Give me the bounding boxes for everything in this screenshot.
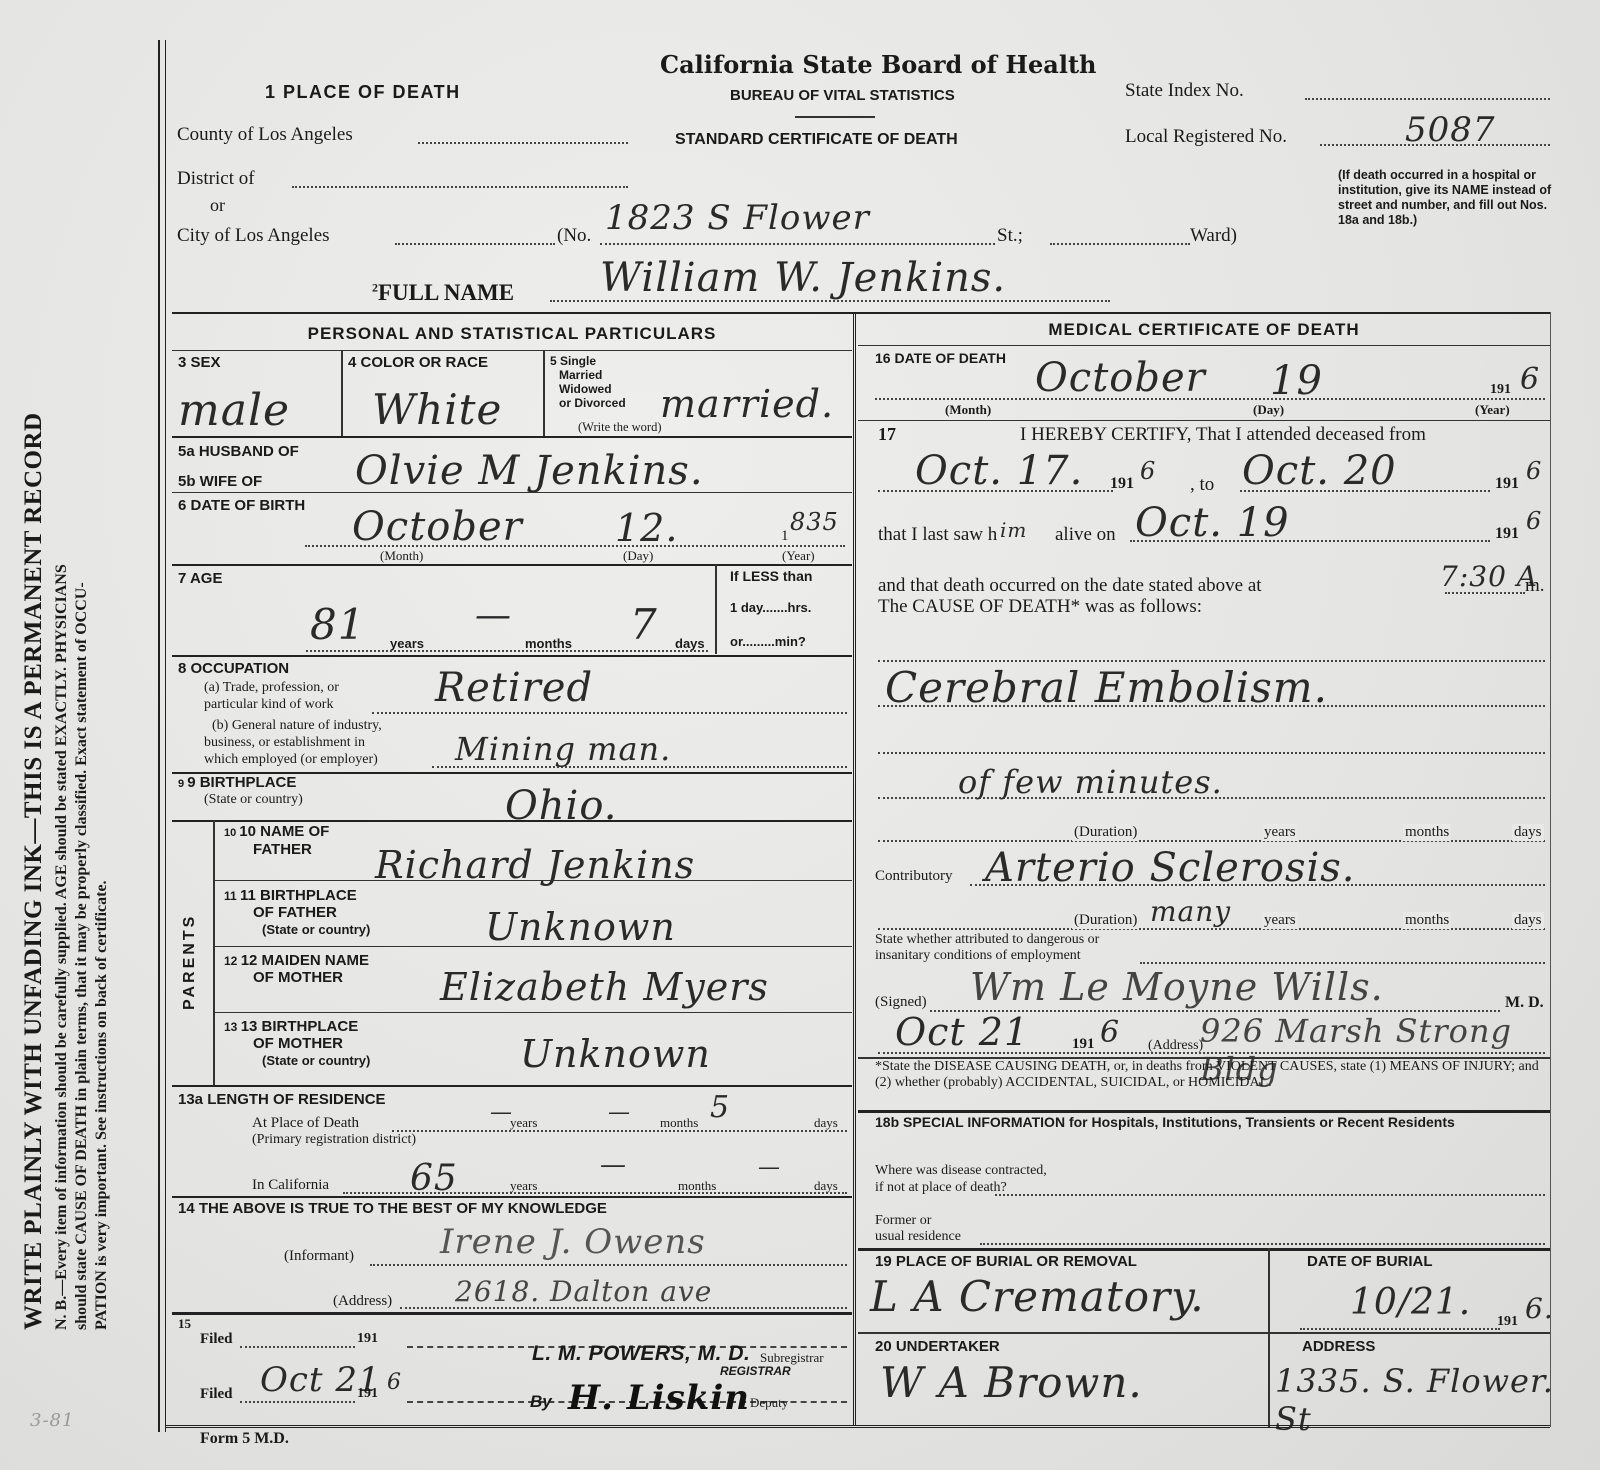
medical-divider-3 (858, 1110, 1550, 1113)
father-label: 10 10 NAME OF (224, 823, 329, 840)
row-divider-11 (213, 946, 852, 947)
occupation-b-label-2: business, or establishment in (204, 735, 365, 751)
deputy-signature: H. Liskin (568, 1378, 750, 1418)
occupation-b-label-1: (b) General nature of industry, (212, 718, 382, 734)
alive-on-label: alive on (1055, 524, 1116, 546)
certify-text: I HEREBY CERTIFY, That I attended deceas… (1020, 424, 1426, 446)
employment-field[interactable] (1140, 962, 1545, 964)
column-divider (853, 314, 856, 1426)
physician-signature: Wm Le Moyne Wills. (970, 965, 1384, 1009)
duration-months-label-2: months (1403, 912, 1451, 929)
employment-label-2: insanitary conditions of employment (875, 948, 1081, 964)
signed-label: (Signed) (875, 994, 927, 1011)
medical-divider-4 (858, 1248, 1550, 1251)
birthplace-label-text: 9 BIRTHPLACE (187, 774, 296, 791)
attended-from-year: 6 (1140, 457, 1156, 485)
date-of-death-month: October (1035, 355, 1206, 401)
residence-place-days: 5 (710, 1090, 730, 1125)
residence-label: 13a LENGTH OF RESIDENCE (178, 1091, 386, 1108)
duration-years-label-2: years (1262, 912, 1298, 929)
row-divider-9 (172, 820, 852, 822)
dob-day-caption: (Day) (623, 548, 653, 564)
duration-days-label-2: days (1512, 912, 1544, 929)
residence-ca-label: In California (252, 1177, 329, 1194)
race-value[interactable]: White (372, 385, 502, 434)
duration-years-label-1: years (1262, 824, 1298, 841)
local-registered-label: Local Registered No. (1125, 126, 1287, 148)
informant-label: (Informant) (284, 1248, 354, 1265)
row-divider-7 (172, 655, 852, 657)
street-field[interactable] (600, 243, 995, 245)
header-rule (795, 116, 875, 118)
former-residence-field[interactable] (980, 1243, 1545, 1245)
name-divider (172, 312, 1550, 314)
row-divider-12 (213, 1012, 852, 1013)
sex-label: 3 SEX (178, 354, 221, 371)
mother-bp-label-1: 13 BIRTHPLACE (241, 1018, 359, 1035)
duration-label-2: (Duration) (1072, 912, 1139, 929)
bureau-title: BUREAU OF VITAL STATISTICS (730, 87, 955, 104)
mother-value[interactable]: Elizabeth Myers (440, 965, 769, 1009)
board-title: California State Board of Health (660, 50, 1096, 79)
informant-address-value: 2618. Dalton ave (455, 1275, 712, 1308)
last-saw-pronoun: im (1000, 518, 1027, 542)
cause-duration-value: of few minutes. (958, 763, 1223, 801)
spouse-value[interactable]: Olvie M Jenkins. (355, 448, 704, 494)
occupation-b-label-3: which employed (or employer) (204, 752, 378, 768)
duration-days-label-1: days (1512, 824, 1544, 841)
father-label-2: FATHER (253, 841, 312, 858)
am-pm-label: m. (1525, 575, 1545, 597)
occupation-a-label-1: (a) Trade, profession, or (204, 680, 339, 696)
dod-month-caption: (Month) (945, 402, 991, 418)
deputy-label: Deputy (750, 1395, 788, 1411)
certify-number: 17 (878, 424, 896, 445)
former-residence-label-1: Former or (875, 1213, 931, 1229)
hospital-note: (If death occurred in a hospital or inst… (1338, 168, 1553, 228)
dob-year-caption: (Year) (782, 548, 815, 564)
age-years-caption: years (390, 636, 424, 651)
state-index-field[interactable] (1305, 98, 1550, 100)
right-border (1550, 312, 1551, 1427)
parents-label: PARENTS (181, 914, 199, 1010)
residence-ca-months-caption: months (678, 1178, 716, 1194)
residence-place-months-caption: months (660, 1115, 698, 1131)
age-label: 7 AGE (178, 570, 222, 587)
street-suffix-label: St.; (997, 225, 1023, 247)
date-of-death-year: 6 (1520, 362, 1540, 397)
margin-note: 3-81 (30, 1410, 74, 1431)
undertaker-label: 20 UNDERTAKER (875, 1338, 1000, 1355)
marital-label-single: 5 Single (550, 354, 626, 368)
father-bp-label-1: 11 BIRTHPLACE (240, 887, 357, 904)
row-divider-13 (172, 1085, 852, 1087)
dod-day-caption: (Day) (1253, 402, 1284, 418)
husband-label: 5a HUSBAND OF (178, 443, 299, 460)
burial-place-value[interactable]: L A Crematory. (870, 1272, 1205, 1321)
mother-label-2: OF MOTHER (253, 969, 343, 986)
ward-label: Ward) (1190, 225, 1237, 247)
father-bp-label-3: (State or country) (262, 922, 370, 937)
city-label: City of Los Angeles (177, 225, 330, 247)
permanent-record-notice: WRITE PLAINLY WITH UNFADING INK—THIS IS … (20, 250, 48, 1330)
attended-from-value: Oct. 17. (915, 448, 1083, 494)
residence-place-years-caption: years (510, 1115, 537, 1131)
registrar-name: L. M. POWERS, M. D. (532, 1342, 750, 1366)
city-field[interactable] (395, 243, 555, 245)
mother-bp-label-2: OF MOTHER (253, 1035, 343, 1052)
time-value: 7:30 A (1440, 560, 1538, 593)
cause-line-3 (878, 752, 1545, 754)
cause-label: The CAUSE OF DEATH* was as follows: (878, 596, 1202, 618)
bottom-rule-left (165, 1425, 853, 1428)
marital-write-note: (Write the word) (578, 420, 662, 435)
mother-bp-label-3: (State or country) (262, 1053, 370, 1068)
side-instructions: WRITE PLAINLY WITH UNFADING INK—THIS IS … (20, 250, 112, 1330)
race-marital-divider (543, 350, 545, 436)
employment-label-1: State whether attributed to dangerous or (875, 932, 1099, 948)
special-info-label: 18b SPECIAL INFORMATION for Hospitals, I… (875, 1114, 1545, 1130)
father-bp-label: 11 11 BIRTHPLACE (224, 887, 357, 904)
parents-divider (213, 820, 215, 1085)
full-name-label: 2FULL NAME (372, 280, 514, 306)
less-than-label: If LESS than (730, 568, 812, 584)
informant-field[interactable] (370, 1264, 847, 1266)
residence-place-days-caption: days (814, 1115, 838, 1131)
residence-place-sub: (Primary registration district) (252, 1132, 416, 1148)
informant-value: Irene J. Owens (440, 1222, 706, 1262)
filed-field-1[interactable] (240, 1346, 355, 1348)
contributory-value: Arterio Sclerosis. (985, 845, 1356, 891)
row-divider-10 (213, 880, 852, 881)
by-label: By (530, 1392, 552, 1412)
personal-heading-rule (172, 350, 852, 351)
local-registered-value: 5087 (1405, 110, 1496, 150)
filed-label-1: Filed (200, 1331, 233, 1348)
burial-place-label: 19 PLACE OF BURIAL OR REMOVAL (875, 1253, 1137, 1270)
last-saw-value: Oct. 19 (1135, 500, 1290, 546)
dob-month: October (352, 504, 523, 550)
row-divider-6 (172, 564, 852, 566)
father-bp-label-2: OF FATHER (253, 904, 337, 921)
mother-label: 12 12 MAIDEN NAME (224, 952, 369, 969)
cause-footnote: *State the DISEASE CAUSING DEATH, or, in… (875, 1059, 1545, 1091)
date-of-death-field[interactable] (875, 398, 1545, 400)
signed-year: 6 (1100, 1015, 1120, 1050)
row-divider-3 (172, 436, 852, 438)
place-of-death-heading: 1 PLACE OF DEATH (265, 82, 461, 103)
birthplace-value[interactable]: Ohio. (505, 783, 617, 829)
age-years[interactable]: 81 (310, 600, 365, 649)
birthplace-label: 9 9 BIRTHPLACE (178, 774, 296, 791)
nb-instructions: N. B.—Every item of information should b… (52, 250, 112, 1330)
attended-to-value: Oct. 20 (1242, 448, 1397, 494)
nb-line-2: should state CAUSE OF DEATH in plain ter… (72, 250, 92, 1330)
last-saw-year-prefix: 191 (1495, 525, 1519, 543)
last-saw-year: 6 (1526, 507, 1542, 535)
attended-from-year-prefix: 191 (1110, 475, 1134, 493)
form-label: Form 5 M.D. (200, 1430, 289, 1448)
date-of-death-label: 16 DATE OF DEATH (875, 350, 1006, 366)
attended-to-year-prefix: 191 (1495, 475, 1519, 493)
full-name-label-text: FULL NAME (378, 280, 514, 305)
cause-line-1 (878, 660, 1545, 662)
residence-ca-years-caption: years (510, 1178, 537, 1194)
date-of-death-day: 19 (1270, 358, 1323, 404)
burial-date-label: DATE OF BURIAL (1307, 1253, 1433, 1270)
age-days[interactable]: 7 (630, 600, 658, 649)
residence-ca-days: — (758, 1155, 781, 1180)
age-months-caption: months (525, 636, 572, 651)
age-field (306, 650, 708, 652)
dod-year-caption: (Year) (1475, 402, 1510, 418)
father-label-1: 10 NAME OF (239, 823, 329, 840)
undertaker-value[interactable]: W A Brown. (880, 1358, 1143, 1407)
or-minutes[interactable]: or.........min? (730, 634, 806, 649)
residence-place-label: At Place of Death (252, 1115, 359, 1132)
contributory-label: Contributory (875, 868, 953, 885)
filing-number: 15 (178, 1316, 191, 1332)
row-divider-15 (172, 1312, 852, 1315)
county-label: County of Los Angeles (177, 124, 353, 146)
marital-label-divorced: or Divorced (550, 396, 626, 410)
street-value: 1823 S Flower (605, 198, 870, 238)
last-saw-label: that I last saw h (878, 524, 997, 546)
age-divider (715, 564, 717, 654)
residence-ca-years: 65 (410, 1158, 458, 1199)
row-divider-5 (172, 492, 852, 493)
district-label: District of (177, 168, 255, 190)
contracted-field[interactable] (995, 1194, 1545, 1196)
left-border (158, 40, 166, 1432)
dob-month-caption: (Month) (380, 548, 423, 564)
district-field[interactable] (292, 186, 628, 188)
occupation-a-value: Retired (435, 665, 593, 711)
residence-place-field[interactable] (392, 1130, 847, 1132)
marital-label: 5 Single Married Widowed or Divorced (550, 354, 626, 410)
county-field[interactable] (418, 142, 628, 144)
number-label: (No. (557, 225, 591, 247)
residence-place-months: — (608, 1100, 631, 1125)
contributory-duration: many (1150, 895, 1231, 928)
filed-label-2: Filed (200, 1386, 233, 1403)
marital-label-widowed: Widowed (550, 382, 626, 396)
row-divider-14 (172, 1196, 852, 1198)
cause-value: Cerebral Embolism. (885, 663, 1328, 712)
filed-year-prefix-1: 191 (357, 1331, 378, 1347)
personal-heading: PERSONAL AND STATISTICAL PARTICULARS (172, 324, 852, 344)
filed-year-prefix-2: 191 (357, 1386, 378, 1402)
attended-to-year: 6 (1526, 457, 1542, 485)
registrar-label: REGISTRAR (720, 1364, 791, 1378)
age-days-caption: days (675, 636, 705, 651)
signed-year-prefix: 191 (1072, 1036, 1095, 1053)
signed-date: Oct 21 (895, 1010, 1029, 1054)
sex-value[interactable]: male (178, 385, 290, 436)
filed-year-value: 6 (387, 1370, 402, 1395)
occupation-label: 8 OCCUPATION (178, 660, 289, 677)
or-label: or (210, 195, 225, 216)
medical-heading-rule (858, 345, 1550, 346)
occupation-b-value: Mining man. (455, 730, 671, 768)
contracted-label-1: Where was disease contracted, (875, 1163, 1047, 1179)
sex-race-divider (341, 350, 343, 436)
full-name-value: William W. Jenkins. (600, 255, 1006, 301)
father-bp-value[interactable]: Unknown (485, 905, 676, 949)
mother-bp-label: 13 13 BIRTHPLACE (224, 1018, 358, 1035)
duration-months-label-1: months (1403, 824, 1451, 841)
occupation-a-field[interactable] (372, 712, 847, 714)
contracted-label-2: if not at place of death? (875, 1180, 1007, 1196)
burial-year-prefix: 191 (1497, 1314, 1518, 1330)
mother-bp-value[interactable]: Unknown (520, 1032, 711, 1076)
birthplace-sub: (State or country) (204, 792, 303, 808)
physician-address-label: (Address) (1148, 1038, 1203, 1054)
mother-label-1: 12 MAIDEN NAME (241, 952, 369, 969)
age-months[interactable]: — (475, 595, 512, 636)
burial-date-field[interactable] (1300, 1328, 1500, 1330)
informant-address-label: (Address) (333, 1293, 392, 1310)
burial-date-value: 10/21. (1350, 1282, 1471, 1323)
occurred-label: and that death occurred on the date stat… (878, 575, 1262, 597)
md-label: M. D. (1505, 994, 1544, 1012)
ward-field[interactable] (1050, 243, 1190, 245)
marital-label-married: Married (550, 368, 626, 382)
to-label: , to (1190, 474, 1214, 496)
date-of-death-year-prefix: 191 (1490, 382, 1511, 398)
dob-year: 835 (790, 508, 839, 536)
medical-divider-1 (858, 420, 1550, 421)
duration-label-1: (Duration) (1072, 824, 1139, 841)
residence-ca-months: — (600, 1150, 627, 1180)
marital-value[interactable]: married. (660, 382, 834, 426)
one-day-hours[interactable]: 1 day.......hrs. (730, 600, 811, 615)
nb-line-1: N. B.—Every item of information should b… (52, 250, 72, 1330)
occupation-a-label-2: particular kind of work (204, 697, 333, 713)
dob-day: 12. (615, 506, 678, 550)
bottom-rule-right (853, 1425, 1550, 1428)
residence-ca-days-caption: days (814, 1178, 838, 1194)
dob-year-prefix: 1 (781, 528, 789, 545)
certificate-title: STANDARD CERTIFICATE OF DEATH (675, 131, 958, 149)
burial-divider (1268, 1248, 1270, 1428)
informant-heading: 14 THE ABOVE IS TRUE TO THE BEST OF MY K… (178, 1200, 607, 1217)
race-label: 4 COLOR OR RACE (348, 354, 488, 371)
medical-divider-5 (858, 1332, 1550, 1334)
medical-heading: MEDICAL CERTIFICATE OF DEATH (858, 320, 1550, 340)
state-index-label: State Index No. (1125, 80, 1244, 102)
wife-label: 5b WIFE OF (178, 473, 262, 490)
undertaker-address-label: ADDRESS (1302, 1338, 1375, 1355)
dob-label: 6 DATE OF BIRTH (178, 497, 305, 514)
nb-line-3: PATION is very important. See instructio… (92, 250, 112, 1330)
former-residence-label-2: usual residence (875, 1229, 961, 1245)
filed-field-2[interactable] (240, 1401, 355, 1403)
